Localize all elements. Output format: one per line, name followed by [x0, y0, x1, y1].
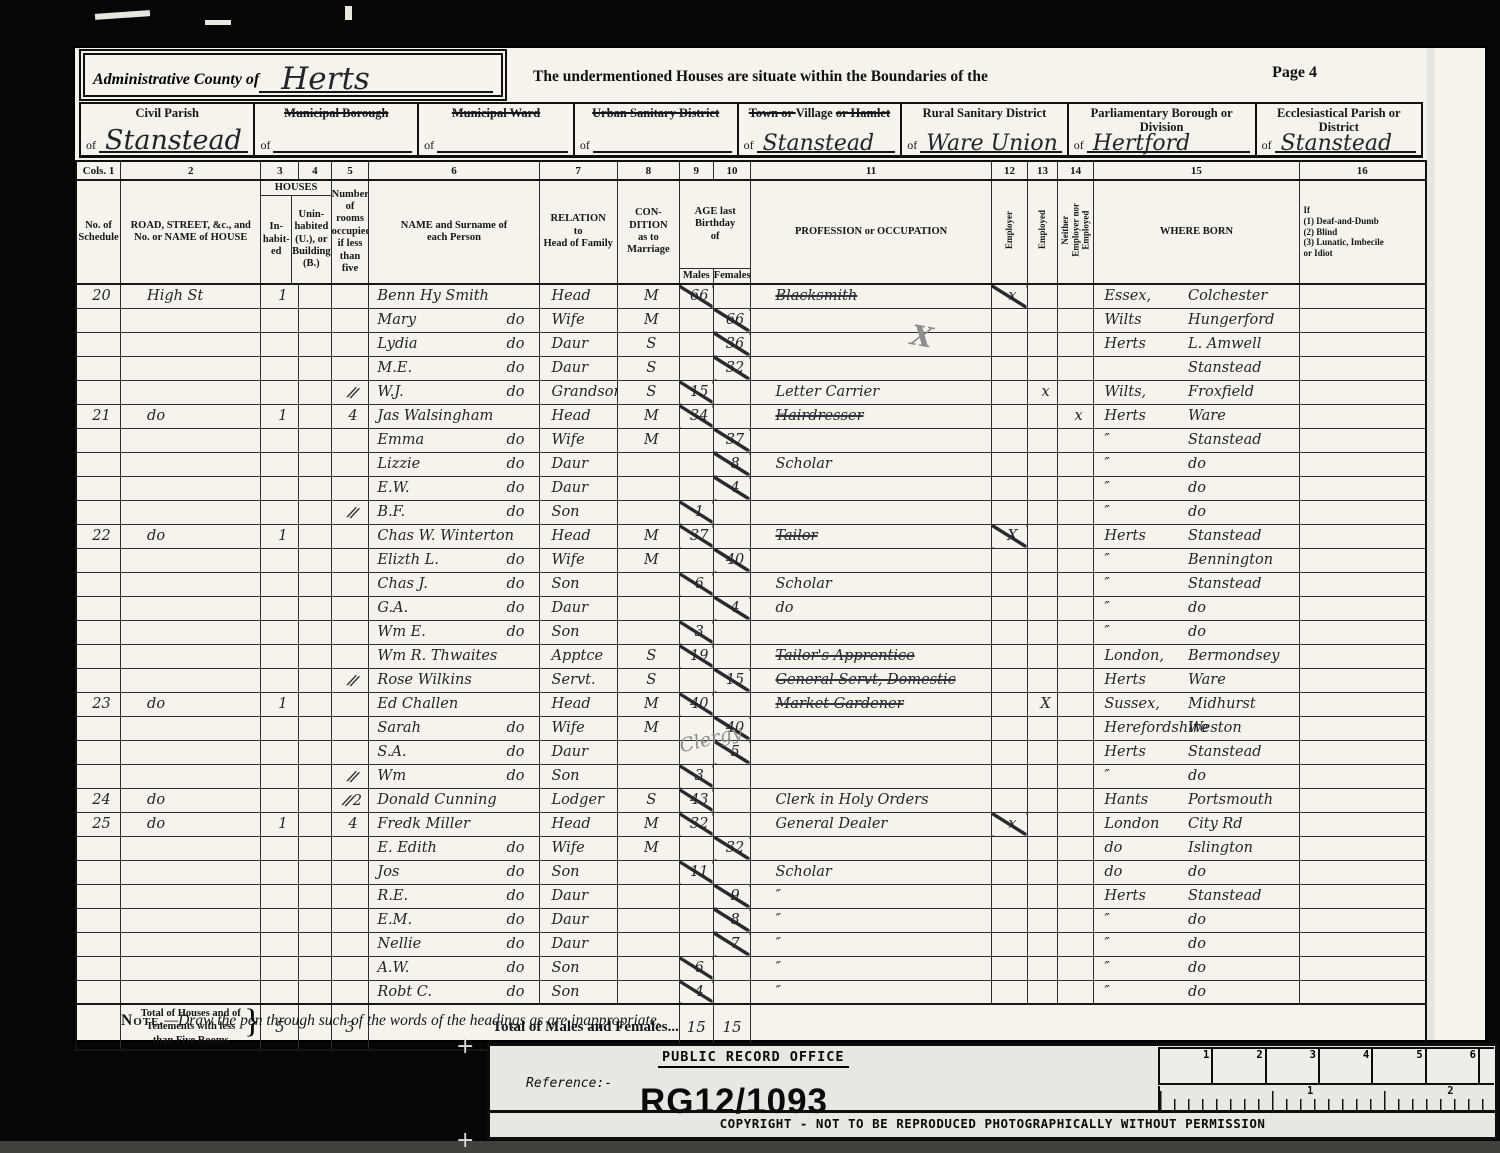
born-place: do [1188, 936, 1206, 952]
cell-employed [1028, 788, 1058, 812]
cell-where-born: London,Bermondsey [1094, 644, 1299, 668]
cell-infirmity [1299, 572, 1426, 596]
name-ditto: do [507, 600, 525, 616]
subheader-of-line: ofStanstead [1262, 135, 1416, 153]
born-county: ″ [1104, 480, 1188, 496]
person-name: B.F. [377, 504, 405, 520]
cell-rooms [331, 332, 369, 356]
cell-age-male [679, 476, 713, 500]
cell-condition [617, 884, 679, 908]
cell-occupation [751, 308, 991, 332]
cell-employer [991, 692, 1027, 716]
header-infirmity: If (1) Deaf-and-Dumb (2) Blind (3) Lunat… [1299, 180, 1426, 284]
cell-relation: Servt. [539, 668, 617, 692]
cell-name: M.E.do [369, 356, 539, 380]
cell-name: Fredk Miller [369, 812, 539, 836]
cell-uninhabited [299, 836, 331, 860]
cell-employer [991, 740, 1027, 764]
cell-relation: Wife [539, 836, 617, 860]
table-row: Wm R. ThwaitesApptceS19Tailor's Apprenti… [76, 644, 1426, 668]
cell-uninhabited [299, 308, 331, 332]
born-place: do [1188, 456, 1206, 472]
cell-employer [991, 764, 1027, 788]
cell-infirmity [1299, 884, 1426, 908]
person-name: M.E. [377, 360, 412, 376]
cell-road [121, 620, 261, 644]
cell-where-born: HertsWare [1094, 668, 1299, 692]
cell-age-female [713, 764, 751, 788]
cell-neither [1057, 644, 1093, 668]
cell-schedule [76, 596, 121, 620]
cell-schedule [76, 572, 121, 596]
cell-neither [1057, 860, 1093, 884]
cell-where-born: ″do [1094, 764, 1299, 788]
born-county: Herefordshire [1104, 720, 1188, 736]
cell-age-male [679, 884, 713, 908]
subheader-column: Rural Sanitary DistrictofWare Union [902, 104, 1068, 155]
cell-age-female: 32 [713, 836, 751, 860]
born-county: ″ [1104, 504, 1188, 520]
column-number: 5 [331, 161, 369, 180]
cell-relation: Head [539, 284, 617, 308]
cell-condition [617, 980, 679, 1004]
cell-relation: Son [539, 764, 617, 788]
cell-condition: S [617, 332, 679, 356]
cell-where-born: ″do [1094, 596, 1299, 620]
cell-occupation: Tailor [751, 524, 991, 548]
of-label: of [907, 138, 917, 153]
table-row: 22do1Chas W. WintertonHeadM37TailorXHert… [76, 524, 1426, 548]
name-ditto: do [507, 432, 525, 448]
cell-where-born: HerefordshireWeston [1094, 716, 1299, 740]
cell-employed [1028, 956, 1058, 980]
occupation-text: ″ [775, 984, 780, 1000]
cell-age-female: 15 [713, 668, 751, 692]
cell-rooms [331, 284, 369, 308]
tally-mark: // [347, 503, 358, 521]
cell-where-born: Stanstead [1094, 356, 1299, 380]
occupation-text: Scholar [775, 456, 831, 472]
occupation-text: Tailor's Apprentice [775, 648, 914, 664]
born-place: do [1188, 960, 1206, 976]
grayscale-step: 6 [1427, 1049, 1480, 1083]
cell-age-male: 6 [679, 956, 713, 980]
cell-inhabited [261, 932, 299, 956]
cell-relation: Grandson [539, 380, 617, 404]
cell-occupation: ″ [751, 980, 991, 1004]
cell-relation: Head [539, 812, 617, 836]
cell-infirmity [1299, 476, 1426, 500]
cell-age-male: 3 [679, 620, 713, 644]
cell-where-born: ″do [1094, 500, 1299, 524]
cell-occupation [751, 548, 991, 572]
cell-age-female [713, 692, 751, 716]
person-name: Chas J. [377, 576, 427, 592]
cell-occupation [751, 764, 991, 788]
cell-age-female: 7 [713, 932, 751, 956]
cell-infirmity [1299, 788, 1426, 812]
scale-number: 1 [1203, 1049, 1209, 1061]
cell-road [121, 356, 261, 380]
born-county: Hants [1104, 792, 1188, 808]
header-schedule: No. of Schedule [76, 180, 121, 284]
cell-occupation: Scholar [751, 860, 991, 884]
of-label: of [1074, 138, 1084, 153]
cell-inhabited [261, 644, 299, 668]
cell-condition: M [617, 524, 679, 548]
header-occupation: PROFESSION or OCCUPATION [751, 180, 991, 284]
cell-employed [1028, 284, 1058, 308]
cell-schedule [76, 668, 121, 692]
of-label: of [1262, 138, 1272, 153]
born-county: London, [1104, 648, 1188, 664]
born-place: Portsmouth [1188, 792, 1273, 808]
scale-number: 2 [1256, 1049, 1262, 1061]
table-row: 23do1Ed ChallenHeadM40Market GardenerXSu… [76, 692, 1426, 716]
born-county: do [1104, 864, 1188, 880]
cell-road [121, 836, 261, 860]
cell-inhabited [261, 764, 299, 788]
cell-occupation: ″ [751, 932, 991, 956]
pro-copyright-notice: COPYRIGHT - NOT TO BE REPRODUCED PHOTOGR… [490, 1110, 1495, 1137]
cell-schedule [76, 956, 121, 980]
table-row: NelliedoDaur7″″do [76, 932, 1426, 956]
born-county: ″ [1104, 960, 1188, 976]
cell-employer [991, 884, 1027, 908]
cell-schedule: 22 [76, 524, 121, 548]
header-condition: CON- DITION as to Marriage [617, 180, 679, 284]
administrative-county-label: Administrative County of [93, 71, 259, 93]
table-row: G.A.doDaur4do″do [76, 596, 1426, 620]
cell-age-male [679, 836, 713, 860]
cell-rooms [331, 908, 369, 932]
occupation-text: Letter Carrier [775, 384, 879, 400]
occupation-text: Clerk in Holy Orders [775, 792, 928, 808]
cell-name: Marydo [369, 308, 539, 332]
cell-employed [1028, 740, 1058, 764]
cell-employer: x [991, 812, 1027, 836]
born-county: ″ [1104, 600, 1188, 616]
cell-neither [1057, 476, 1093, 500]
occupation-text: ″ [775, 888, 780, 904]
cell-uninhabited [299, 692, 331, 716]
person-name: G.A. [377, 600, 408, 616]
person-name: E.M. [377, 912, 412, 928]
cell-infirmity [1299, 620, 1426, 644]
cell-employed [1028, 452, 1058, 476]
cell-name: Ed Challen [369, 692, 539, 716]
table-row: S.A.doDaur5HertsStanstead [76, 740, 1426, 764]
totals-margin-cell [76, 1004, 121, 1050]
cell-name: A.W.do [369, 956, 539, 980]
subheader-of-line: of [424, 127, 568, 153]
grayscale-step-tablet: 123456 [1158, 1047, 1494, 1085]
subheader-value: Stanstead [1281, 131, 1393, 156]
cell-relation: Son [539, 956, 617, 980]
cell-infirmity [1299, 500, 1426, 524]
cell-age-male [679, 332, 713, 356]
cell-rooms: 4 [331, 404, 369, 428]
header-age: AGE last Birthday of [680, 181, 751, 268]
scale-number: 3 [1310, 1049, 1316, 1061]
cell-where-born: ″Bennington [1094, 548, 1299, 572]
born-place: Froxfield [1188, 384, 1254, 400]
cell-condition [617, 908, 679, 932]
name-ditto: do [507, 312, 525, 328]
cell-occupation [751, 740, 991, 764]
cell-neither [1057, 692, 1093, 716]
table-row: E.M.doDaur8″″do [76, 908, 1426, 932]
subheader-label-part: Municipal Ward [452, 106, 540, 120]
born-place: Stanstead [1188, 888, 1262, 904]
cell-condition: S [617, 668, 679, 692]
born-county: Sussex, [1104, 696, 1188, 712]
cell-age-male: 40 [679, 692, 713, 716]
cell-schedule [76, 356, 121, 380]
cell-road: do [121, 692, 261, 716]
cell-neither [1057, 620, 1093, 644]
born-county: Herts [1104, 672, 1188, 688]
cell-neither [1057, 500, 1093, 524]
cell-uninhabited [299, 788, 331, 812]
column-number: 13 [1028, 161, 1058, 180]
cell-inhabited [261, 452, 299, 476]
cell-road [121, 332, 261, 356]
cell-neither [1057, 812, 1093, 836]
cell-name: E. Edithdo [369, 836, 539, 860]
column-number: Cols. 1 [76, 161, 121, 180]
column-number: 3 [261, 161, 299, 180]
subheader-of-line: of [260, 127, 412, 153]
cell-road [121, 716, 261, 740]
cell-road [121, 308, 261, 332]
grayscale-step: 2 [1213, 1049, 1266, 1083]
column-number: 2 [121, 161, 261, 180]
cell-neither [1057, 548, 1093, 572]
cell-age-male: 66 [679, 284, 713, 308]
cell-infirmity [1299, 716, 1426, 740]
cell-occupation: Clerk in Holy Orders [751, 788, 991, 812]
cell-age-male [679, 908, 713, 932]
cell-inhabited: 1 [261, 404, 299, 428]
born-county: ″ [1104, 912, 1188, 928]
registration-cross-icon: + [456, 1128, 474, 1153]
born-place: do [1188, 624, 1206, 640]
census-form-page: Administrative County of Herts The under… [73, 46, 1487, 1042]
cell-schedule [76, 380, 121, 404]
occupation-text: Market Gardener [775, 696, 903, 712]
subheader-label-part: or Hamlet [836, 106, 890, 120]
born-county: Wilts, [1104, 384, 1188, 400]
cell-occupation [751, 428, 991, 452]
person-name: Jas Walsingham [377, 408, 493, 424]
cell-rooms [331, 572, 369, 596]
cell-neither [1057, 356, 1093, 380]
cell-infirmity [1299, 908, 1426, 932]
cell-occupation: do [751, 596, 991, 620]
cell-name: Jas Walsingham [369, 404, 539, 428]
person-name: A.W. [377, 960, 409, 976]
subheader-label-part: Civil Parish [135, 106, 199, 120]
name-ditto: do [507, 864, 525, 880]
cell-rooms [331, 692, 369, 716]
cell-uninhabited [299, 596, 331, 620]
cell-employed [1028, 356, 1058, 380]
scale-number: 6 [1470, 1049, 1476, 1061]
cell-employer [991, 668, 1027, 692]
cell-rooms: //2 [331, 788, 369, 812]
cell-rooms [331, 452, 369, 476]
subheader-value: Stanstead [763, 131, 875, 156]
table-row: EmmadoWifeM37″Stanstead [76, 428, 1426, 452]
cell-occupation: Hairdresser [751, 404, 991, 428]
cell-name: W.J.do [369, 380, 539, 404]
cell-condition: M [617, 404, 679, 428]
cell-condition: M [617, 548, 679, 572]
occupation-text: ″ [775, 912, 780, 928]
grayscale-step: 3 [1267, 1049, 1320, 1083]
scan-artifact [95, 10, 150, 20]
cell-age-male: 37 [679, 524, 713, 548]
header-rooms: Number of rooms occupied if less than fi… [331, 180, 369, 284]
column-number: 16 [1299, 161, 1426, 180]
column-number: 6 [369, 161, 539, 180]
cell-employer [991, 644, 1027, 668]
column-number: 7 [539, 161, 617, 180]
cell-relation: Son [539, 500, 617, 524]
column-number: 12 [991, 161, 1027, 180]
cell-inhabited [261, 620, 299, 644]
tally-mark: // [342, 791, 353, 809]
subheader-of-line: ofStanstead [744, 127, 896, 153]
subheader-of-line: ofStanstead [86, 127, 248, 153]
table-row: 25do14Fredk MillerHeadM32General Dealerx… [76, 812, 1426, 836]
table-row: Elizth L.doWifeM40″Bennington [76, 548, 1426, 572]
person-name: Mary [377, 312, 416, 328]
subheader-column: Town or Village or HamletofStanstead [739, 104, 903, 155]
cell-inhabited [261, 908, 299, 932]
subheader-label: Municipal Ward [424, 106, 568, 120]
cell-inhabited [261, 308, 299, 332]
occupation-text: Blacksmith [775, 288, 857, 304]
cell-rooms [331, 476, 369, 500]
cell-schedule [76, 476, 121, 500]
cell-schedule: 20 [76, 284, 121, 308]
page-number: Page 4 [1272, 64, 1317, 82]
cell-relation: Daur [539, 452, 617, 476]
cell-neither [1057, 380, 1093, 404]
cell-uninhabited [299, 428, 331, 452]
cell-road [121, 980, 261, 1004]
cell-age-female [713, 404, 751, 428]
cell-inhabited: 1 [261, 692, 299, 716]
cell-employed [1028, 524, 1058, 548]
cell-relation: Head [539, 404, 617, 428]
scanned-census-page: { "page": { "number_label": "Page 4" }, … [0, 0, 1500, 1153]
cell-road [121, 452, 261, 476]
cell-uninhabited [299, 644, 331, 668]
cell-age-male [679, 932, 713, 956]
cell-where-born: Sussex,Midhurst [1094, 692, 1299, 716]
cell-inhabited [261, 428, 299, 452]
cell-where-born: ″Stanstead [1094, 572, 1299, 596]
name-ditto: do [507, 744, 525, 760]
cell-condition: S [617, 380, 679, 404]
cell-infirmity [1299, 836, 1426, 860]
born-place: Midhurst [1188, 696, 1256, 712]
person-name: Donald Cunning [377, 792, 496, 808]
cell-employer [991, 980, 1027, 1004]
cell-condition: M [617, 716, 679, 740]
pro-title: PUBLIC RECORD OFFICE [658, 1049, 849, 1068]
scan-artifact [205, 20, 231, 25]
cell-condition [617, 740, 679, 764]
born-place: do [1188, 504, 1206, 520]
cell-neither [1057, 428, 1093, 452]
cell-neither [1057, 716, 1093, 740]
cell-road [121, 380, 261, 404]
of-label: of [424, 138, 434, 153]
ruler-number: 1 [1307, 1085, 1313, 1097]
cell-infirmity [1299, 644, 1426, 668]
cell-employed [1028, 308, 1058, 332]
cell-employed [1028, 812, 1058, 836]
column-number: 9 [679, 161, 713, 180]
born-place: Colchester [1188, 288, 1267, 304]
cell-neither [1057, 764, 1093, 788]
cell-road: do [121, 788, 261, 812]
situate-statement: The undermentioned Houses are situate wi… [533, 68, 988, 86]
cell-inhabited [261, 668, 299, 692]
cell-inhabited [261, 476, 299, 500]
cell-employed [1028, 716, 1058, 740]
table-row: E.W.doDaur4″do [76, 476, 1426, 500]
cell-infirmity [1299, 764, 1426, 788]
header-uninhabited: Unin- habited (U.), or Building (B.) [291, 196, 331, 283]
name-ditto: do [507, 480, 525, 496]
subheader-column: Parliamentary Borough or DivisionofHertf… [1069, 104, 1257, 155]
name-ditto: do [507, 552, 525, 568]
cell-neither [1057, 980, 1093, 1004]
cell-age-male: 34 [679, 404, 713, 428]
cell-employer [991, 620, 1027, 644]
scan-artifact [345, 6, 352, 20]
cell-inhabited [261, 860, 299, 884]
cell-road [121, 500, 261, 524]
cell-schedule [76, 308, 121, 332]
cell-name: Wm R. Thwaites [369, 644, 539, 668]
cell-road [121, 932, 261, 956]
census-table: Cols. 12345678910111213141516 No. of Sch… [75, 160, 1427, 1051]
cell-rooms [331, 836, 369, 860]
cell-inhabited [261, 716, 299, 740]
cell-where-born: WiltsHungerford [1094, 308, 1299, 332]
born-county: Essex, [1104, 288, 1188, 304]
cell-occupation [751, 620, 991, 644]
cell-where-born: ″do [1094, 476, 1299, 500]
born-place: Hungerford [1188, 312, 1274, 328]
cell-schedule [76, 764, 121, 788]
of-label: of [580, 138, 590, 153]
cell-road: do [121, 812, 261, 836]
cell-age-female [713, 980, 751, 1004]
subheader-label: Town or Village or Hamlet [744, 106, 896, 120]
cell-neither [1057, 836, 1093, 860]
form-footnote: Note.—Draw the pen through such of the w… [121, 1012, 661, 1030]
born-place: Ware [1188, 408, 1226, 424]
cell-road [121, 668, 261, 692]
born-place: do [1188, 600, 1206, 616]
